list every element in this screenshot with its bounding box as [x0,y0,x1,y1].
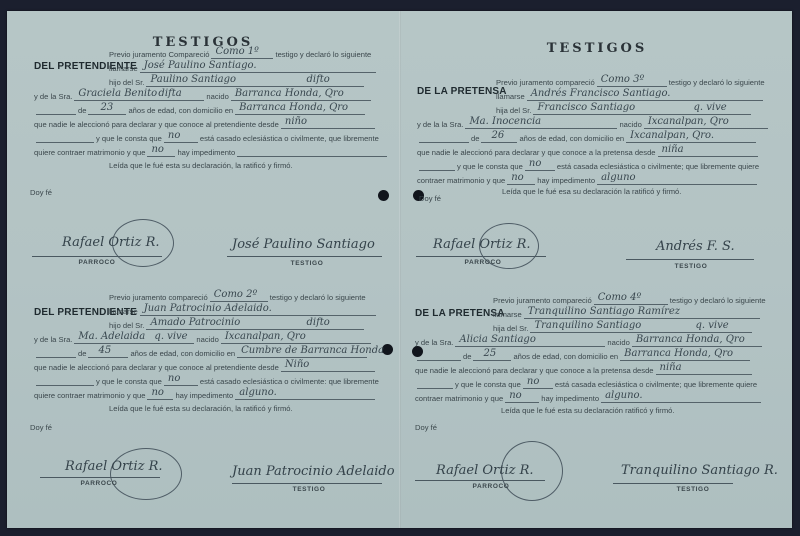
field-mother: Graciela Benitodifta [74,89,204,101]
testigo-label: TESTIGO [277,260,337,267]
read-ratified-text: Leída que le fué esta su declaración, la… [109,161,293,170]
parroco-signature: Rafael Ortiz R. [433,237,531,252]
field-knows-since: niña [656,363,752,375]
label: quiere contraer matrimonio y que [34,391,145,400]
field-domicile: Ixcanalpan, Qro. [626,131,756,143]
field-mother: Ma. Adelaidaq. vive [74,332,194,344]
field-impediment-detail: alguno [597,173,757,185]
parroco-signature: Rafael Ortiz R. [436,463,534,478]
field-impediment: no [507,173,535,185]
label: de [78,349,86,358]
field-knows-since: niño [281,117,375,129]
signature-line [416,256,546,257]
document-sheet: TESTIGOS DEL PRETENDIENTE Previo juramen… [7,11,792,528]
label: Previo juramento compareció [493,296,592,305]
parroco-signature: Rafael Ortiz R. [62,235,160,250]
field-birthplace: Ixcanalpan, Qro [644,117,768,129]
field-impediment-detail: alguno. [235,388,375,400]
signature-line [415,480,545,481]
label: llamarse [109,64,138,73]
read-ratified-text: Leída que le fué esa su declaración la r… [502,187,681,196]
page-title: TESTIGOS [401,41,793,56]
field-witness-number: Como 1º [211,47,273,59]
label: años de edad, con domicilio en [130,349,235,358]
label: está casada eclesiástica o civilmente; q… [557,162,759,171]
field-impediment-detail: alguno. [601,391,761,403]
blank [419,131,469,143]
testigo-label: TESTIGO [663,486,723,493]
label: años de edad, con domicilio en [513,352,618,361]
left-page: TESTIGOS DEL PRETENDIENTE Previo juramen… [7,11,399,528]
label: Previo juramento compareció [496,78,595,87]
field-name: José Paulino Santiago. [140,61,376,73]
field-knows-since: niña [658,145,758,157]
label: y de la la Sra. [417,120,463,129]
field-age: 23 [88,103,126,115]
label: testigo y declaró lo siguiente [670,296,766,305]
signature-line [613,483,733,484]
testigo-signature: Andrés F. S. [656,239,735,254]
testigo-signature: José Paulino Santiago [232,237,375,252]
label: y de la Sra. [34,92,72,101]
label: contraer matrimonio y que [417,176,505,185]
blank [417,377,453,389]
section-label: DE LA PRETENSA [417,86,507,97]
label: testigo y declaró lo siguiente [669,78,765,87]
label: hay impedimento [175,391,233,400]
field-birthplace: Barranca Honda, Qro [632,335,762,347]
testigo-signature: Juan Patrocinio Adelaido [232,464,395,479]
field-domicile: Barranca Honda, Qro [620,349,750,361]
label: que nadie le aleccionó para declarar y q… [415,366,654,375]
field-witness-number: Como 3º [597,75,667,87]
label: que nadie le aleccionó para declarar y q… [417,148,656,157]
testigo-label: TESTIGO [661,263,721,270]
label: hay impedimento [537,176,595,185]
label: está casado eclesiástica o civilmente, q… [200,134,379,143]
field-father: Francisco Santiagoq. vive [533,103,751,115]
doy-fe: Doy fé [415,423,437,432]
parroco-label: PARROCO [453,259,513,266]
label: Previo juramento compareció [109,293,208,302]
label: contraer matrimonio y que [415,394,503,403]
field-name: Juan Patrocinio Adelaido. [140,304,376,316]
label: de [471,134,479,143]
field-birthplace: Ixcanalpan, Qro [221,332,371,344]
signature-line [626,259,754,260]
parroco-label: PARROCO [69,480,129,487]
blank [419,159,455,171]
label: y que le consta que [455,380,521,389]
section-label: DE LA PRETENSA [415,308,505,319]
parroco-label: PARROCO [461,483,521,490]
label: nacido [619,120,641,129]
read-ratified-text: Leída que le fué esta su declaración, la… [109,404,293,413]
label: años de edad, con domicilio en [128,106,233,115]
label: de [78,106,86,115]
field-married: no [525,159,555,171]
label: que nadie le aleccionó para declarar y q… [34,120,279,129]
blank [36,131,94,143]
field-domicile: Cumbre de Barranca Honda [237,346,367,358]
field-father: Tranquilino Santiagoq. vive [530,321,752,333]
label: y que le consta que [96,377,162,386]
field-mother: Ma. Inocencia [465,117,617,129]
label: y que le consta que [96,134,162,143]
field-married: no [164,374,198,386]
field-impediment: no [505,391,539,403]
label: nacido [206,92,228,101]
label: hay impedimento [177,148,235,157]
label: llamarse [109,307,138,316]
doy-fe: Doy fé [30,188,52,197]
signature-line [232,483,382,484]
label: quiere contraer matrimonio y que [34,148,145,157]
field-name: Andrés Francisco Santiago. [527,89,763,101]
label: testigo y declaró lo siguiente [270,293,366,302]
field-mother: Alicia Santiago [455,335,605,347]
label: que nadie le aleccionó para declarar y q… [34,363,279,372]
field-witness-number: Como 2º [210,290,268,302]
field-domicile: Barranca Honda, Qro [235,103,365,115]
blank [417,349,461,361]
label: llamarse [493,310,522,319]
field-age: 45 [88,346,128,358]
right-page: TESTIGOS DE LA PRETENSA Previo juramento… [401,11,793,528]
label: testigo y declaró lo siguiente [275,50,371,59]
field-name: Tranquilino Santiago Ramírez [524,307,760,319]
blank [36,103,76,115]
signature-line [40,477,160,478]
label: llamarse [496,92,525,101]
blank [36,374,94,386]
label: está casada eclesiástica o civilmente; q… [555,380,757,389]
field-father: Amado Patrociniodifto [146,318,364,330]
label: nacido [607,338,629,347]
doy-fe: Doy fé [419,194,441,203]
testigo-label: TESTIGO [279,486,339,493]
doy-fe: Doy fé [30,423,52,432]
field-knows-since: Niño [281,360,375,372]
field-married: no [523,377,553,389]
field-age: 25 [473,349,511,361]
field-witness-number: Como 4º [594,293,668,305]
read-ratified-text: Leída que le fué esta su declaración rat… [501,406,675,415]
field-impediment: no [147,388,173,400]
field-married: no [164,131,198,143]
label: hijo del Sr. [109,321,144,330]
label: hijo del Sr. [109,78,144,87]
label: de [463,352,471,361]
field-birthplace: Barranca Honda, Qro [231,89,371,101]
signature-line [32,256,162,257]
parish-seal [110,448,182,500]
label: hija del Sr. [496,106,531,115]
parroco-signature: Rafael Ortiz R. [65,459,163,474]
label: y de la Sra. [34,335,72,344]
signature-line [227,256,382,257]
label: está casado eclesiástica o civilmente: q… [200,377,379,386]
field-father: Paulino Santiagodifto [146,75,364,87]
blank [36,346,76,358]
label: y que le consta que [457,162,523,171]
label: hay impedimento [541,394,599,403]
testigo-signature: Tranquilino Santiago R. [621,463,778,478]
label: hija del Sr. [493,324,528,333]
label: Previo juramento Compareció [109,50,209,59]
field-age: 26 [481,131,517,143]
field-impediment: no [147,145,175,157]
field-impediment-detail [237,145,387,157]
label: nacido [196,335,218,344]
label: y de la Sra. [415,338,453,347]
parroco-label: PARROCO [67,259,127,266]
label: años de edad, con domicilio en [519,134,624,143]
